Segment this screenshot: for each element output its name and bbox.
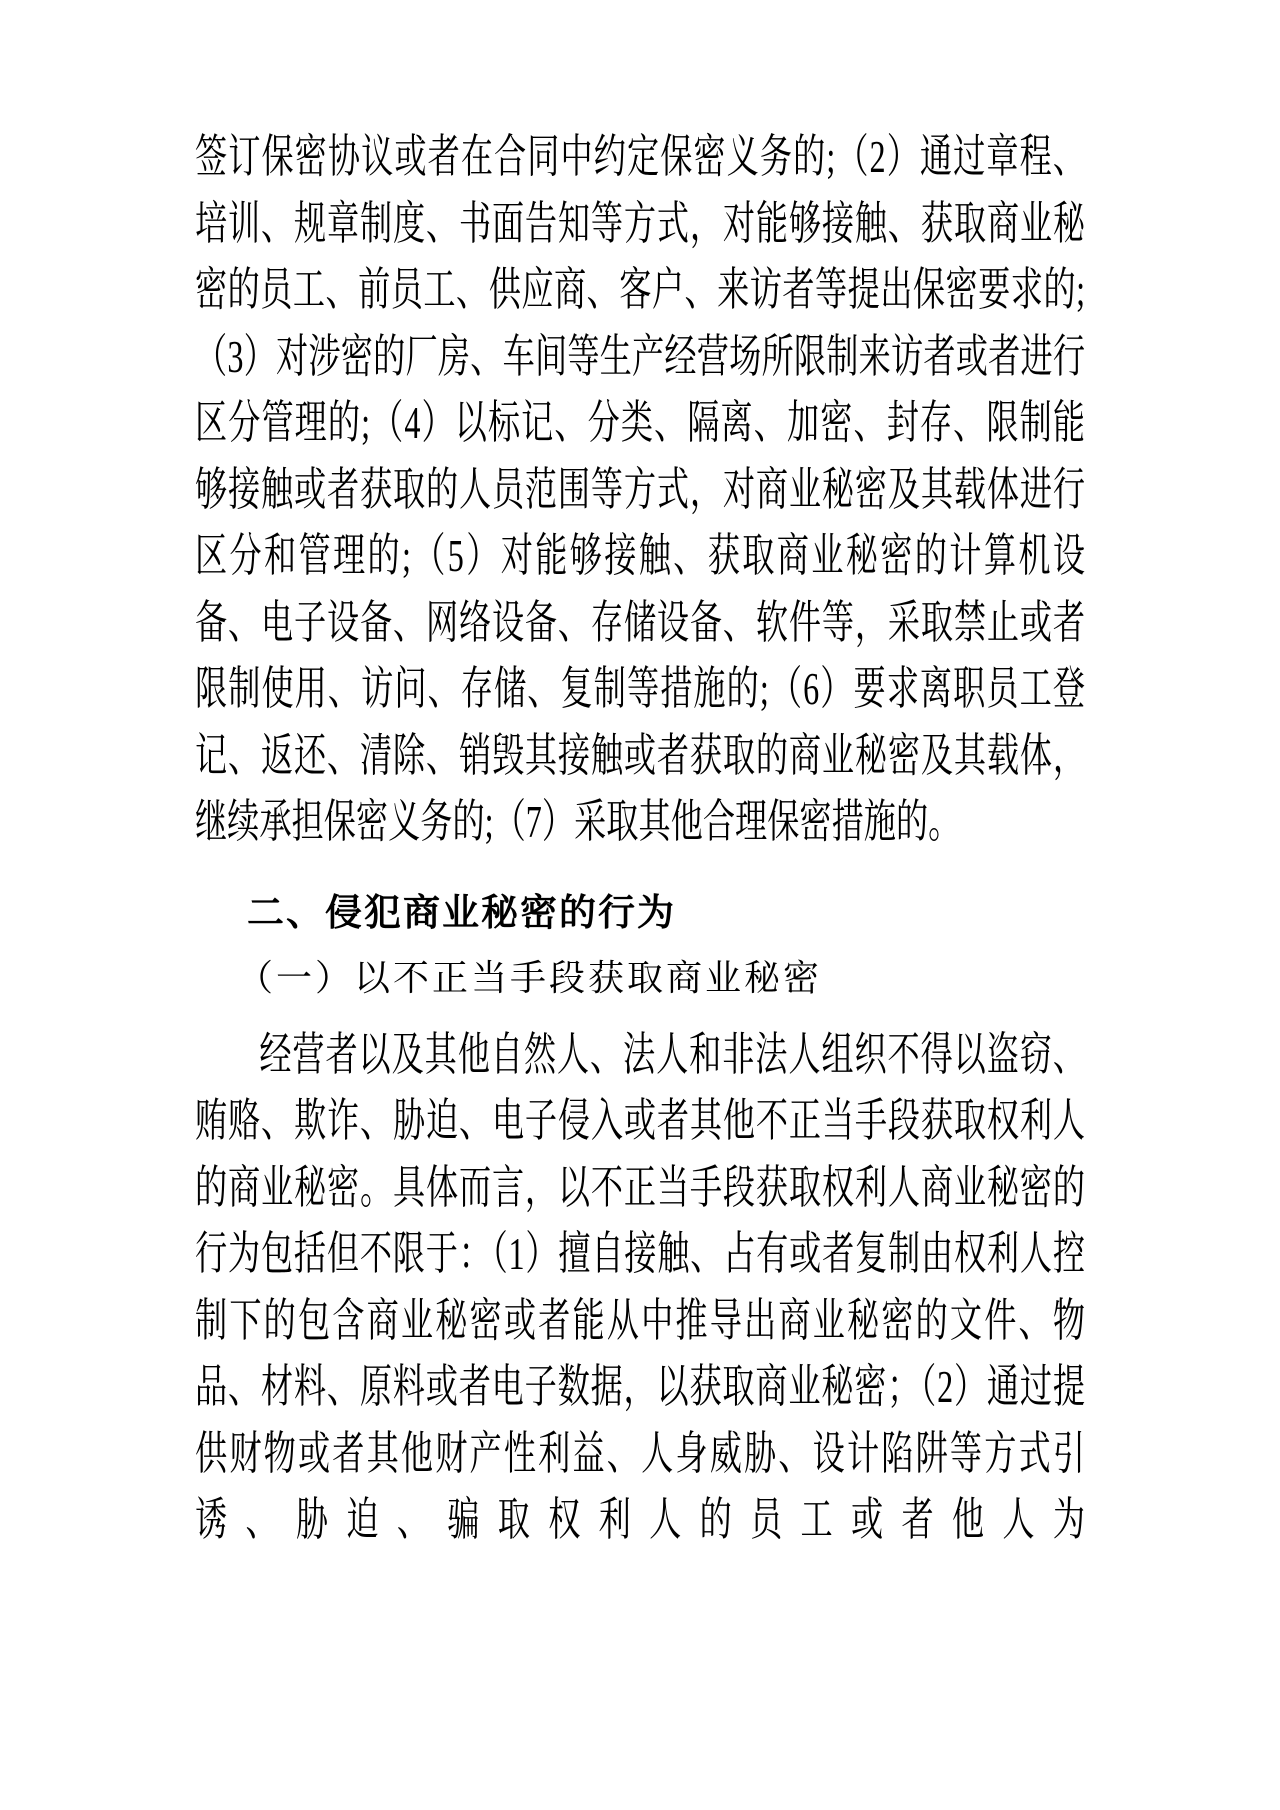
continuation-paragraph-wrap: 签订保密协议或者在合同中约定保密义务的;（2）通过章程、培训、规章制度、书面告知… (195, 124, 1085, 856)
paragraph-improper-acquisition: 经营者以及其他自然人、法人和非法人组织不得以盗窃、贿赂、欺诈、胁迫、电子侵入或者… (195, 1022, 1085, 1554)
section-heading-infringement-acts: 二、侵犯商业秘密的行为 (247, 887, 1085, 939)
body-paragraph-wrap: 经营者以及其他自然人、法人和非法人组织不得以盗窃、贿赂、欺诈、胁迫、电子侵入或者… (195, 1022, 1085, 1554)
spacer (195, 1004, 1085, 1022)
page-text-area: 签订保密协议或者在合同中约定保密义务的;（2）通过章程、培训、规章制度、书面告知… (195, 124, 1085, 1554)
paragraph-confidentiality-measures: 签订保密协议或者在合同中约定保密义务的;（2）通过章程、培训、规章制度、书面告知… (195, 124, 1085, 856)
document-page: 签订保密协议或者在合同中约定保密义务的;（2）通过章程、培训、规章制度、书面告知… (0, 0, 1280, 1810)
subsection-heading-improper-means: （一）以不正当手段获取商业秘密 (237, 952, 1085, 1004)
